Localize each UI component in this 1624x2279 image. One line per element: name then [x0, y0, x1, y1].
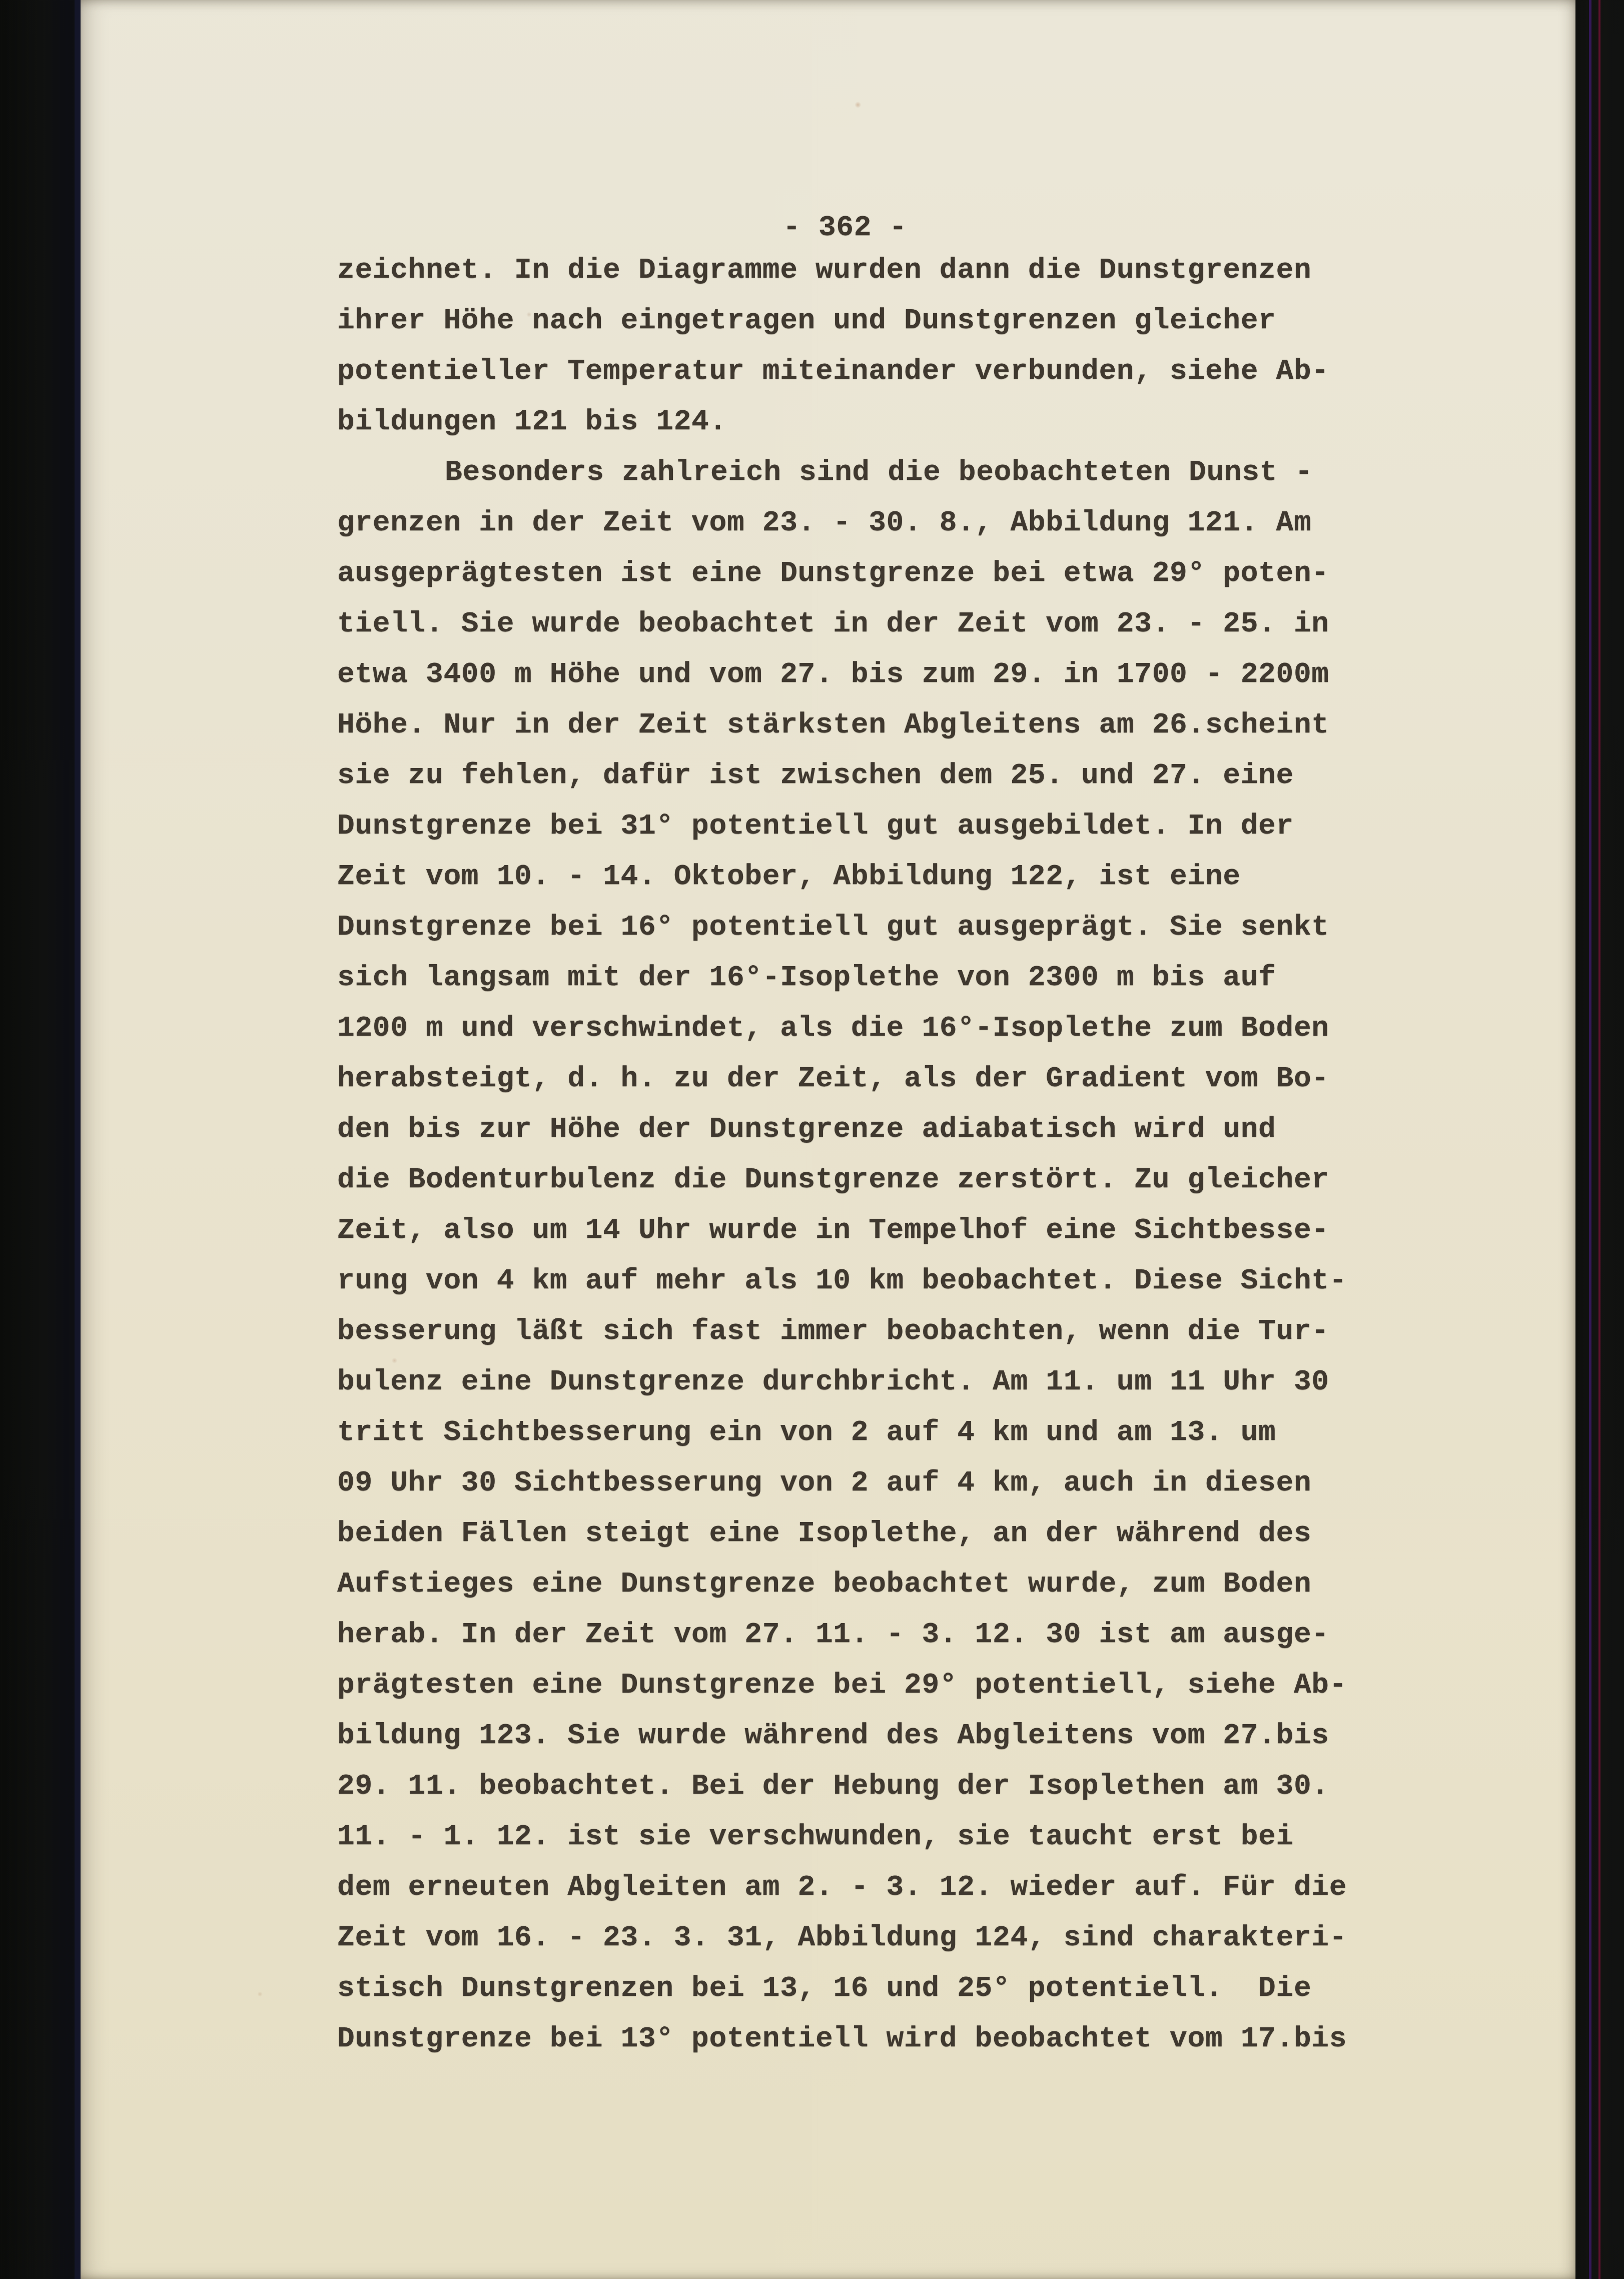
text-line: Dunstgrenze bei 13° potentiell wird beob… — [337, 2014, 1453, 2064]
text-line: Zeit, also um 14 Uhr wurde in Tempelhof … — [337, 1205, 1453, 1256]
text-line: herab. In der Zeit vom 27. 11. - 3. 12. … — [337, 1610, 1453, 1660]
scanned-book-photo: - 362 - zeichnet. In die Diagramme wurde… — [0, 0, 1624, 2279]
text-line: herabsteigt, d. h. zu der Zeit, als der … — [337, 1054, 1453, 1104]
text-line: bulenz eine Dunstgrenze durchbricht. Am … — [337, 1357, 1453, 1407]
scan-background-left — [0, 0, 81, 2279]
text-line: Besonders zahlreich sind die beobachtete… — [337, 447, 1453, 498]
text-line: grenzen in der Zeit vom 23. - 30. 8., Ab… — [337, 498, 1453, 548]
text-line: sie zu fehlen, dafür ist zwischen dem 25… — [337, 750, 1453, 801]
text-line: zeichnet. In die Diagramme wurden dann d… — [337, 245, 1453, 296]
text-line: sich langsam mit der 16°-Isoplethe von 2… — [337, 953, 1453, 1003]
book-edge-line-red — [1598, 0, 1600, 2279]
text-line: 1200 m und verschwindet, als die 16°-Iso… — [337, 1003, 1453, 1054]
body-text: zeichnet. In die Diagramme wurden dann d… — [337, 245, 1453, 2064]
text-line: ausgeprägtesten ist eine Dunstgrenze bei… — [337, 548, 1453, 599]
text-line: Dunstgrenze bei 16° potentiell gut ausge… — [337, 902, 1453, 953]
text-line: beiden Fällen steigt eine Isoplethe, an … — [337, 1508, 1453, 1559]
text-line: dem erneuten Abgleiten am 2. - 3. 12. wi… — [337, 1862, 1453, 1913]
text-line: tritt Sichtbesserung ein von 2 auf 4 km … — [337, 1407, 1453, 1458]
text-line: den bis zur Höhe der Dunstgrenze adiabat… — [337, 1104, 1453, 1155]
text-line: etwa 3400 m Höhe und vom 27. bis zum 29.… — [337, 649, 1453, 700]
text-line: Dunstgrenze bei 31° potentiell gut ausge… — [337, 801, 1453, 852]
text-line: potentieller Temperatur miteinander verb… — [337, 346, 1453, 397]
text-line: 09 Uhr 30 Sichtbesserung von 2 auf 4 km,… — [337, 1458, 1453, 1508]
text-line: stisch Dunstgrenzen bei 13, 16 und 25° p… — [337, 1963, 1453, 2014]
text-line: rung von 4 km auf mehr als 10 km beobach… — [337, 1256, 1453, 1306]
document-page: - 362 - zeichnet. In die Diagramme wurde… — [81, 0, 1575, 2279]
page-number: - 362 - — [337, 210, 1353, 246]
text-line: bildungen 121 bis 124. — [337, 397, 1453, 447]
text-line: die Bodenturbulenz die Dunstgrenze zerst… — [337, 1155, 1453, 1205]
text-line: Zeit vom 10. - 14. Oktober, Abbildung 12… — [337, 852, 1453, 902]
text-line: Aufstieges eine Dunstgrenze beobachtet w… — [337, 1559, 1453, 1610]
text-line: ihrer Höhe nach eingetragen und Dunstgre… — [337, 296, 1453, 346]
text-line: besserung läßt sich fast immer beobachte… — [337, 1306, 1453, 1357]
text-line: tiell. Sie wurde beobachtet in der Zeit … — [337, 599, 1453, 649]
text-line: 29. 11. beobachtet. Bei der Hebung der I… — [337, 1761, 1453, 1812]
book-edge-line-purple — [1589, 0, 1591, 2279]
book-spine-shadow — [75, 0, 81, 2279]
scan-background-right — [1575, 0, 1624, 2279]
text-line: Zeit vom 16. - 23. 3. 31, Abbildung 124,… — [337, 1913, 1453, 1963]
text-line: bildung 123. Sie wurde während des Abgle… — [337, 1711, 1453, 1761]
text-line: 11. - 1. 12. ist sie verschwunden, sie t… — [337, 1812, 1453, 1862]
text-line: Höhe. Nur in der Zeit stärksten Abgleite… — [337, 700, 1453, 750]
text-line: prägtesten eine Dunstgrenze bei 29° pote… — [337, 1660, 1453, 1711]
